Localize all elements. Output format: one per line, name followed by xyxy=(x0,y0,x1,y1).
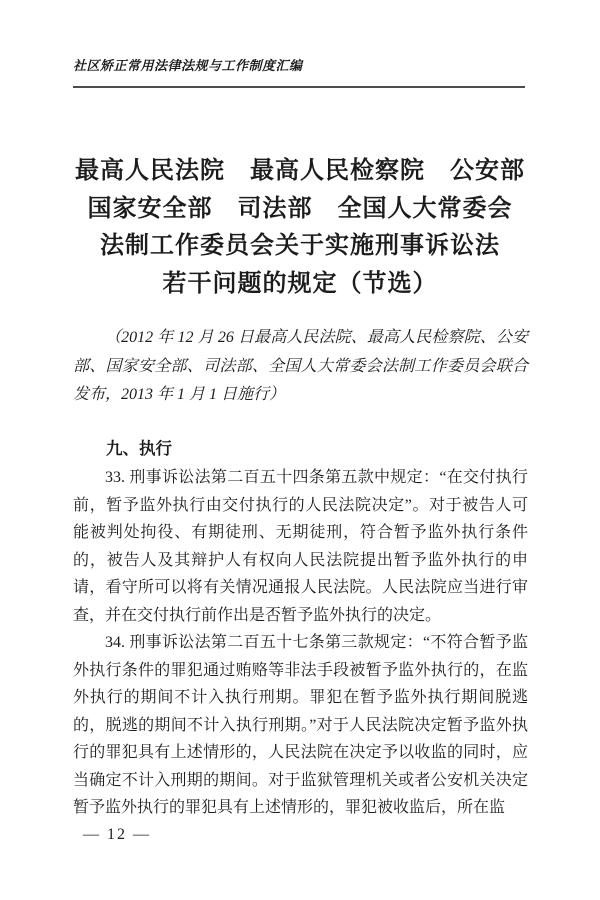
promulgation-note: （2012 年 12 月 26 日最高人民法院、最高人民检察院、公安部、国家安全… xyxy=(73,324,528,410)
page-number: — 12 — xyxy=(83,825,151,844)
running-header: 社区矫正常用法律法规与工作制度汇编 xyxy=(73,58,528,74)
title-line-3: 法制工作委员会关于实施刑事诉讼法 xyxy=(72,228,528,266)
header-rule xyxy=(73,86,525,88)
title-line-1: 最高人民法院 最高人民检察院 公安部 xyxy=(72,153,528,191)
body-paragraph-33: 33. 刑事诉讼法第二百五十四条第五款中规定：“在交付执行前，暂予监外执行由交付… xyxy=(73,464,528,629)
section-heading: 九、执行 xyxy=(73,434,528,464)
document-title: 最高人民法院 最高人民检察院 公安部 国家安全部 司法部 全国人大常委会 法制工… xyxy=(72,153,528,303)
body-block: 九、执行 33. 刑事诉讼法第二百五十四条第五款中规定：“在交付执行前，暂予监外… xyxy=(73,434,528,822)
title-line-2: 国家安全部 司法部 全国人大常委会 xyxy=(72,191,528,229)
title-line-4: 若干问题的规定（节选） xyxy=(72,266,528,304)
document-page: 社区矫正常用法律法规与工作制度汇编 最高人民法院 最高人民检察院 公安部 国家安… xyxy=(0,0,600,900)
body-paragraph-34: 34. 刑事诉讼法第二百五十七条第三款规定：“不符合暂予监外执行条件的罪犯通过贿… xyxy=(73,629,528,822)
